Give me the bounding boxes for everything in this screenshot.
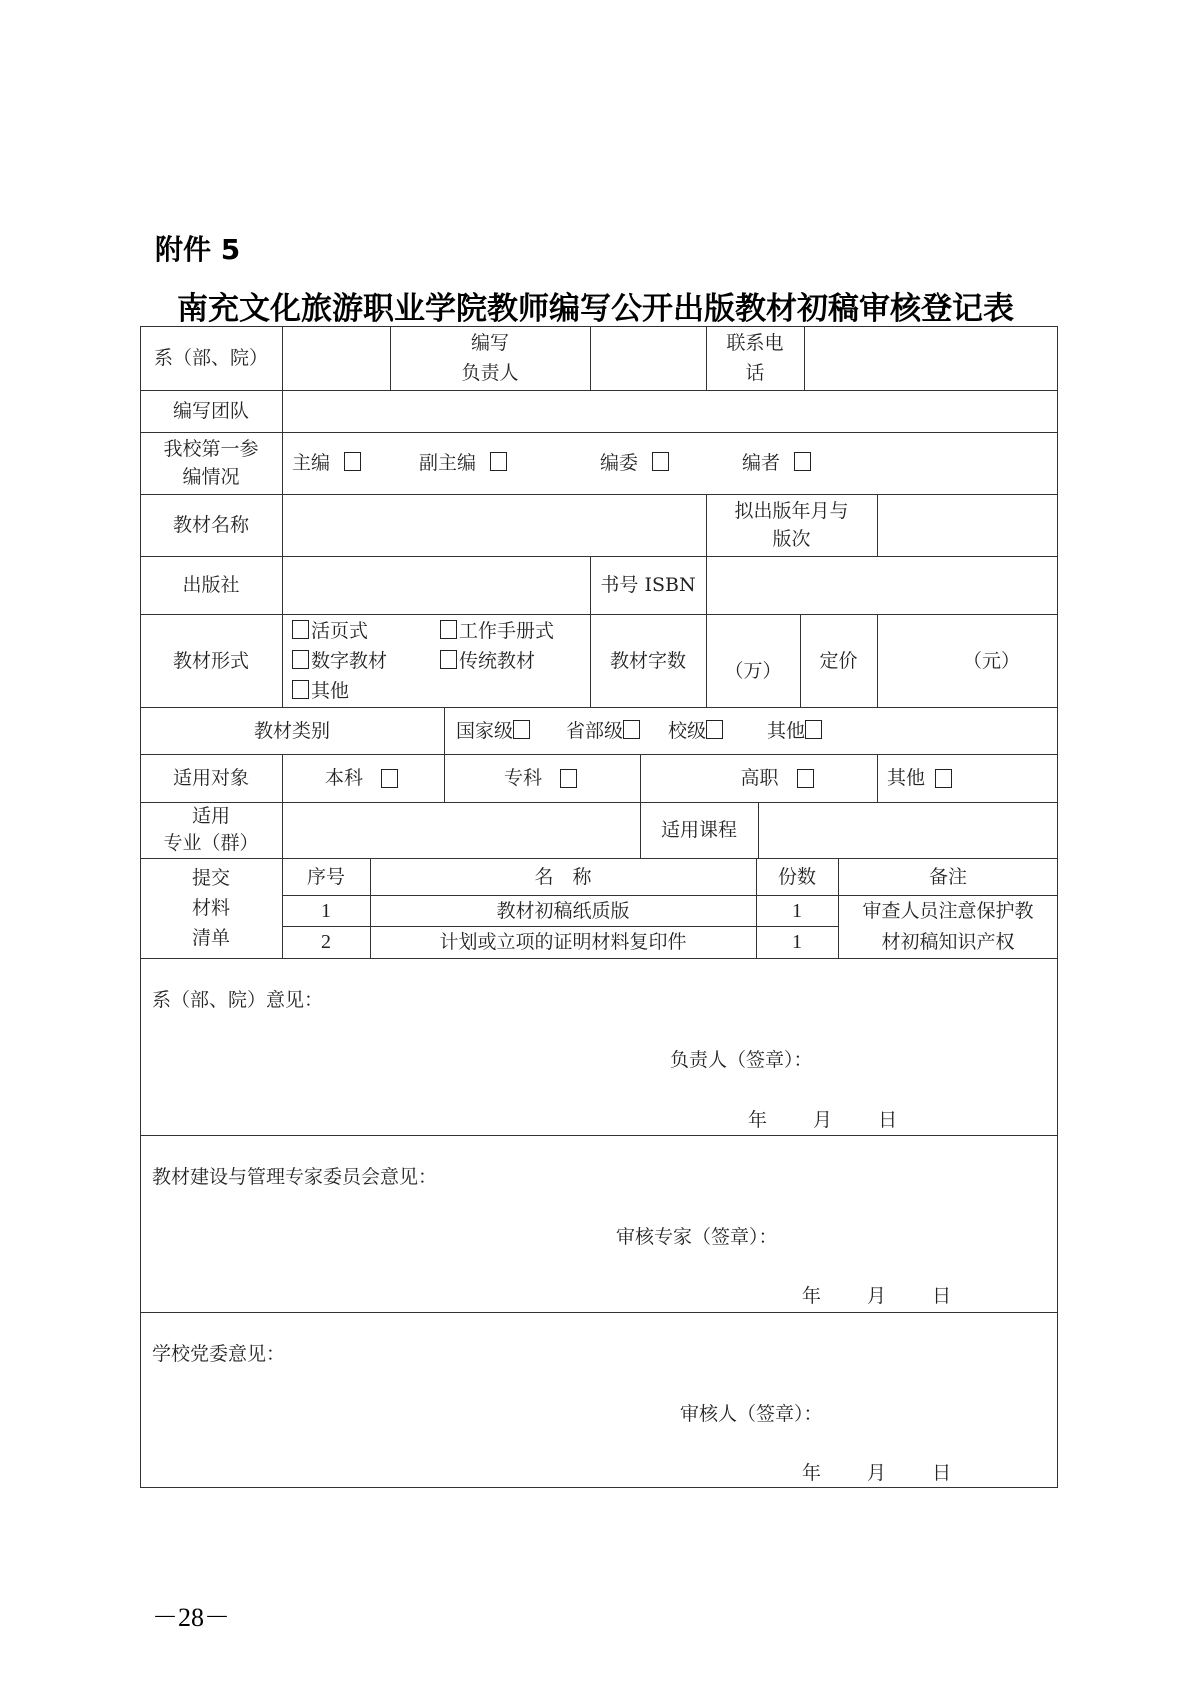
pub-date-label-line2: 版次 <box>772 525 810 553</box>
option-label: 编者 <box>742 452 780 474</box>
category-other[interactable]: 其他 <box>767 716 822 746</box>
option-label: 传统教材 <box>459 650 535 672</box>
dept-date: 年 月 日 <box>748 1105 897 1132</box>
form-type-loose-leaf[interactable]: 活页式 <box>292 616 440 646</box>
dept-field[interactable] <box>282 326 390 390</box>
publisher-label: 出版社 <box>140 556 282 614</box>
remark-line2: 材初稿知识产权 <box>881 927 1014 958</box>
category-label: 教材类别 <box>140 707 444 754</box>
committee-signer-label: 审核专家（签章）： <box>616 1222 778 1249</box>
header-count: 份数 <box>756 858 838 895</box>
form-type-options: 活页式工作手册式 数字教材传统教材 其他 <box>292 616 588 706</box>
price-label: 定价 <box>800 614 877 707</box>
divider <box>140 1135 1058 1136</box>
team-field[interactable] <box>282 390 1058 432</box>
materials-label-line2: 材料 <box>192 893 230 923</box>
isbn-field[interactable] <box>706 556 1058 614</box>
divider <box>282 614 283 707</box>
party-signer-label: 审核人（签章）： <box>680 1399 823 1426</box>
materials-label-line3: 清单 <box>192 923 230 953</box>
option-label: 高职 <box>740 763 778 793</box>
option-label: 活页式 <box>311 620 368 642</box>
word-count-field[interactable]: （万） <box>706 624 800 717</box>
category-national[interactable]: 国家级 <box>456 716 530 746</box>
team-label: 编写团队 <box>140 390 282 432</box>
category-school[interactable]: 校级 <box>668 716 723 746</box>
row2-count: 1 <box>756 926 838 958</box>
row1-no: 1 <box>282 895 370 926</box>
option-label: 其他 <box>311 680 349 702</box>
header-no: 序号 <box>282 858 370 895</box>
option-label: 专科 <box>504 763 542 793</box>
course-label: 适用课程 <box>640 802 758 858</box>
divider <box>140 958 1058 959</box>
major-label-line1: 适用 <box>192 803 230 830</box>
phone-field[interactable] <box>804 326 1058 390</box>
option-label: 副主编 <box>419 452 476 474</box>
checkbox[interactable] <box>706 720 723 739</box>
checkbox[interactable] <box>935 769 952 788</box>
price-field[interactable]: （元） <box>877 614 1058 707</box>
form-type-other[interactable]: 其他 <box>292 680 349 702</box>
pub-date-label: 拟出版年月与 版次 <box>706 494 877 556</box>
phone-label-line2: 话 <box>745 358 764 388</box>
checkbox[interactable] <box>560 769 577 788</box>
option-label: 数字教材 <box>311 650 387 672</box>
role-options: 主编 副主编 编委 编者 <box>282 432 1058 494</box>
checkbox[interactable] <box>292 620 309 639</box>
checkbox[interactable] <box>440 620 457 639</box>
checkbox[interactable] <box>652 452 669 471</box>
row2-name: 计划或立项的证明材料复印件 <box>370 926 756 958</box>
form-type-traditional[interactable]: 传统教材 <box>440 650 535 672</box>
party-date: 年 月 日 <box>802 1458 951 1485</box>
committee-opinion-field[interactable] <box>142 1192 1054 1232</box>
isbn-label: 书号 ISBN <box>590 556 706 614</box>
dept-opinion-field[interactable] <box>142 1015 1054 1065</box>
materials-label: 提交 材料 清单 <box>140 858 282 958</box>
role-label-line2: 编情况 <box>182 463 239 491</box>
role-option-writer[interactable]: 编者 <box>742 448 814 478</box>
checkbox[interactable] <box>794 452 811 471</box>
checkbox[interactable] <box>623 720 640 739</box>
lead-label-line1: 编写 <box>471 328 509 358</box>
form-type-workbook[interactable]: 工作手册式 <box>440 620 554 642</box>
publisher-field[interactable] <box>282 556 590 614</box>
header-remark: 备注 <box>838 858 1058 895</box>
form-type-label: 教材形式 <box>140 614 282 707</box>
role-option-chief-editor[interactable]: 主编 <box>292 448 364 478</box>
remark-line1: 审查人员注意保护教 <box>862 896 1033 927</box>
committee-opinion-title: 教材建设与管理专家委员会意见： <box>152 1162 437 1189</box>
form-title: 南充文化旅游职业学院教师编写公开出版教材初稿审核登记表 <box>130 283 1061 328</box>
lead-label-line2: 负责人 <box>461 358 518 388</box>
attachment-label: 附件 5 <box>155 228 240 268</box>
lead-label: 编写 负责人 <box>390 326 590 390</box>
audience-other[interactable]: 其他 <box>877 754 1058 802</box>
lead-field[interactable] <box>590 326 706 390</box>
materials-remark: 审查人员注意保护教 材初稿知识产权 <box>838 895 1058 958</box>
checkbox[interactable] <box>513 720 530 739</box>
form-type-digital[interactable]: 数字教材 <box>292 646 440 676</box>
checkbox[interactable] <box>292 680 309 699</box>
option-label: 校级 <box>668 720 706 742</box>
checkbox[interactable] <box>381 769 398 788</box>
dept-signer-label: 负责人（签章）： <box>670 1045 813 1072</box>
role-label-line1: 我校第一参 <box>163 435 258 463</box>
party-opinion-title: 学校党委意见： <box>152 1339 285 1366</box>
word-count-label: 教材字数 <box>590 614 706 707</box>
pub-date-field[interactable] <box>877 494 1058 556</box>
committee-date: 年 月 日 <box>802 1281 951 1308</box>
row2-no: 2 <box>282 926 370 958</box>
option-label: 其他 <box>887 763 925 793</box>
textbook-name-label: 教材名称 <box>140 494 282 556</box>
option-label: 本科 <box>325 763 363 793</box>
major-label-line2: 专业（群） <box>163 830 258 857</box>
major-label: 适用 专业（群） <box>140 802 282 858</box>
major-field[interactable] <box>282 802 640 858</box>
option-label: 其他 <box>767 720 805 742</box>
option-label: 国家级 <box>456 720 513 742</box>
audience-vocational[interactable]: 高职 <box>640 754 877 802</box>
role-label: 我校第一参 编情况 <box>140 432 282 494</box>
category-provincial[interactable]: 省部级 <box>566 716 640 746</box>
role-option-committee[interactable]: 编委 <box>600 448 672 478</box>
phone-label: 联系电 话 <box>706 326 804 390</box>
role-option-deputy-editor[interactable]: 副主编 <box>419 448 510 478</box>
audience-junior-college[interactable]: 专科 <box>444 754 640 802</box>
option-label: 主编 <box>292 452 330 474</box>
dept-opinion-title: 系（部、院）意见： <box>152 985 323 1012</box>
dept-label: 系（部、院） <box>140 326 282 390</box>
phone-label-line1: 联系电 <box>726 328 783 358</box>
textbook-name-field[interactable] <box>282 494 706 556</box>
audience-undergrad[interactable]: 本科 <box>282 754 444 802</box>
category-options: 国家级 省部级 校级 其他 <box>444 707 1058 754</box>
checkbox[interactable] <box>292 650 309 669</box>
header-name: 名 称 <box>370 858 756 895</box>
course-field[interactable] <box>758 802 1058 858</box>
divider <box>140 1312 1058 1313</box>
checkbox[interactable] <box>797 769 814 788</box>
row1-name: 教材初稿纸质版 <box>370 895 756 926</box>
option-label: 省部级 <box>566 720 623 742</box>
materials-label-line1: 提交 <box>192 863 230 893</box>
audience-label: 适用对象 <box>140 754 282 802</box>
party-opinion-field[interactable] <box>142 1369 1054 1409</box>
checkbox[interactable] <box>805 720 822 739</box>
page-number: －28－ <box>152 1597 230 1634</box>
pub-date-label-line1: 拟出版年月与 <box>734 497 848 525</box>
checkbox[interactable] <box>440 650 457 669</box>
option-label: 工作手册式 <box>459 620 554 642</box>
checkbox[interactable] <box>490 452 507 471</box>
checkbox[interactable] <box>344 452 361 471</box>
row1-count: 1 <box>756 895 838 926</box>
option-label: 编委 <box>600 452 638 474</box>
